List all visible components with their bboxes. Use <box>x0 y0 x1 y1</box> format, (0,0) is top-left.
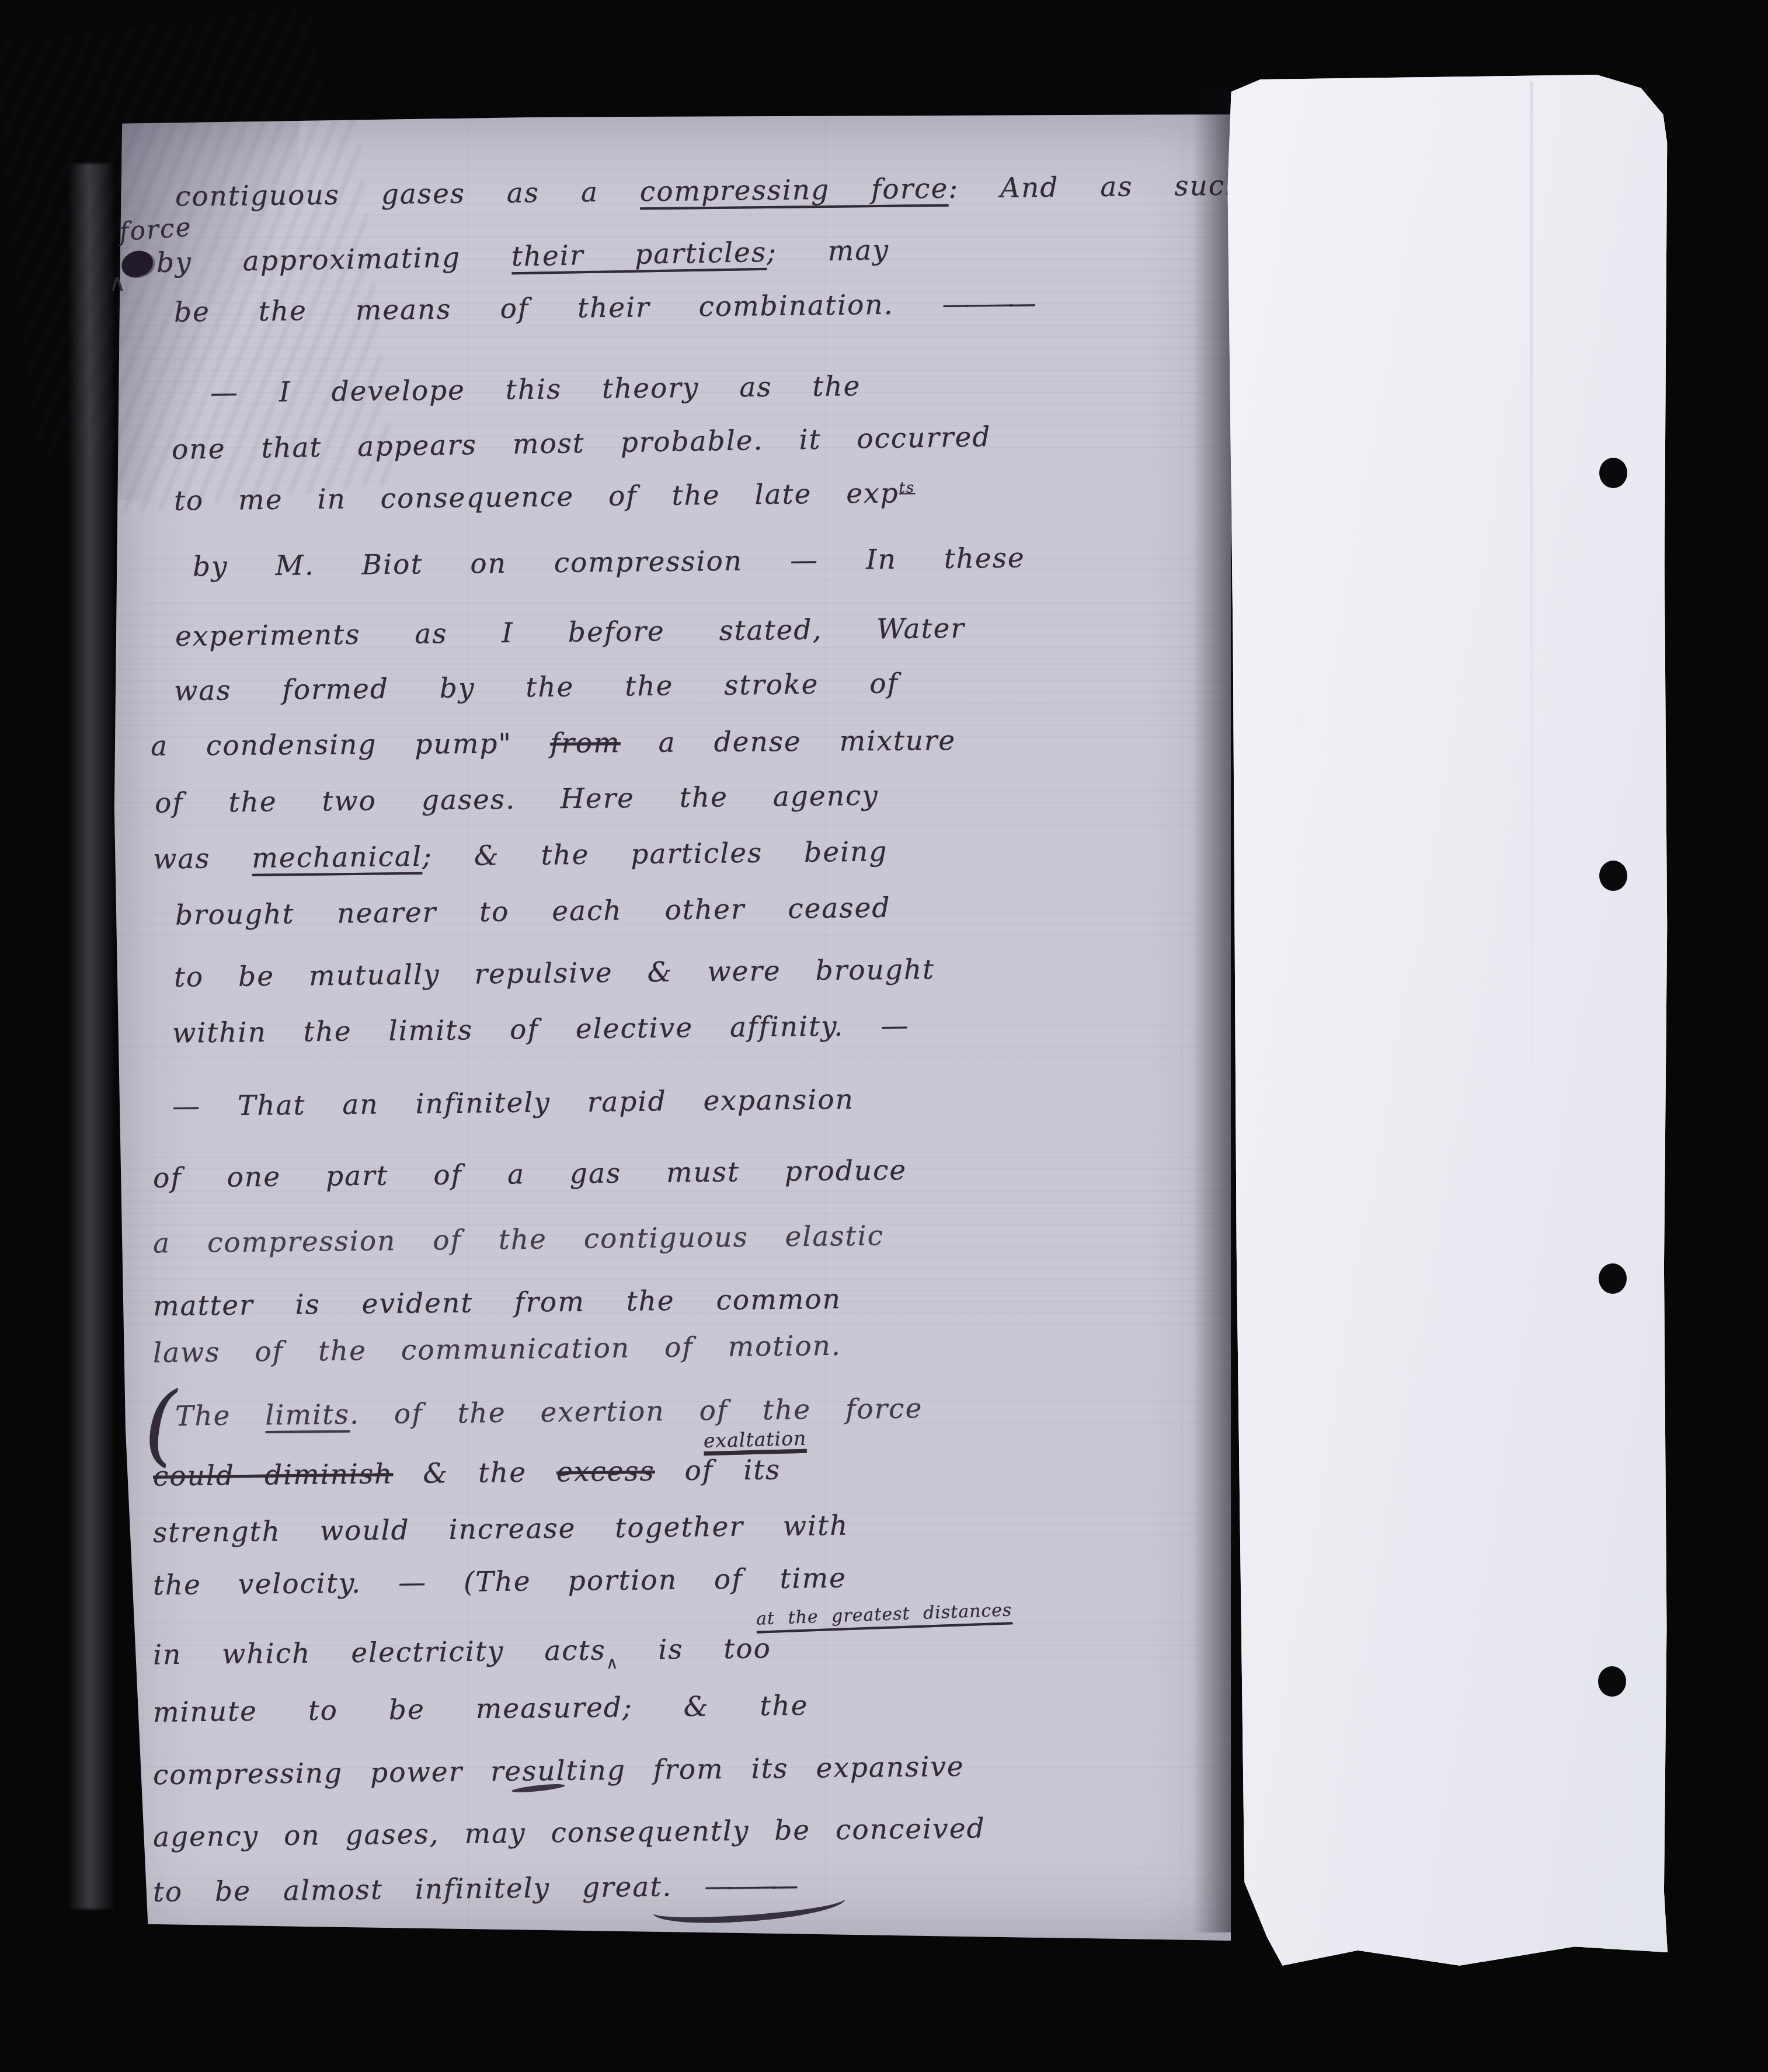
underlined-phrase: mechanical <box>252 841 422 875</box>
underlined-phrase: exaltation <box>704 1427 807 1453</box>
underlined-phrase: limits <box>265 1399 350 1432</box>
punch-hole <box>1599 1263 1627 1294</box>
line-text: . of the exertion of the force <box>350 1392 923 1430</box>
struck-word: from <box>550 727 621 760</box>
strip-crease <box>1530 82 1533 1938</box>
struck-word: excess <box>556 1455 655 1489</box>
strip-shadow <box>1192 88 1233 1932</box>
manuscript-line: minute to be measured; & the <box>153 1690 809 1729</box>
line-text: & the <box>393 1456 556 1490</box>
line-text: of its <box>655 1454 781 1487</box>
manuscript-line: a condensing pump" from a dense mixture <box>151 725 956 762</box>
manuscript-line: could diminish & the excess of its <box>153 1454 781 1492</box>
line-text: a dense mixture <box>621 725 956 759</box>
interlinear-insertion: exaltation <box>704 1427 807 1453</box>
manuscript-line: — I develope this theory as the <box>210 370 861 409</box>
line-text: to be almost infinitely great. <box>153 1871 705 1909</box>
punch-hole <box>1599 458 1627 488</box>
line-text: ; may <box>767 234 890 269</box>
line-text: contiguous gases as a <box>175 176 640 213</box>
line-text: The <box>175 1399 266 1433</box>
insertion-caret-mark: ∧ <box>606 1653 618 1673</box>
manuscript-line: in which electricity acts∧ is too <box>153 1632 772 1677</box>
superscript-text: ts <box>899 479 915 497</box>
punch-hole <box>1598 1666 1626 1697</box>
manuscript-margin-word: force <box>118 213 193 248</box>
flourish-dash: ———— <box>942 287 1031 321</box>
under-page-edge <box>68 163 116 1909</box>
struck-word: could diminish <box>153 1458 394 1492</box>
underlined-phrase: compressing force <box>640 173 949 208</box>
large-bracket-mark: ( <box>142 1381 179 1469</box>
line-text: is too <box>618 1632 771 1666</box>
line-text: was <box>153 842 252 876</box>
punch-hole <box>1599 861 1627 891</box>
line-text: ; & the particles being <box>422 835 888 872</box>
photo-frame: contiguous gases as a compressing force:… <box>0 0 1768 2072</box>
line-text: by approximating <box>156 241 512 279</box>
line-text: in which electricity acts <box>153 1634 606 1671</box>
line-text: a condensing pump" <box>151 727 550 762</box>
underlined-phrase: their particles <box>511 236 767 273</box>
